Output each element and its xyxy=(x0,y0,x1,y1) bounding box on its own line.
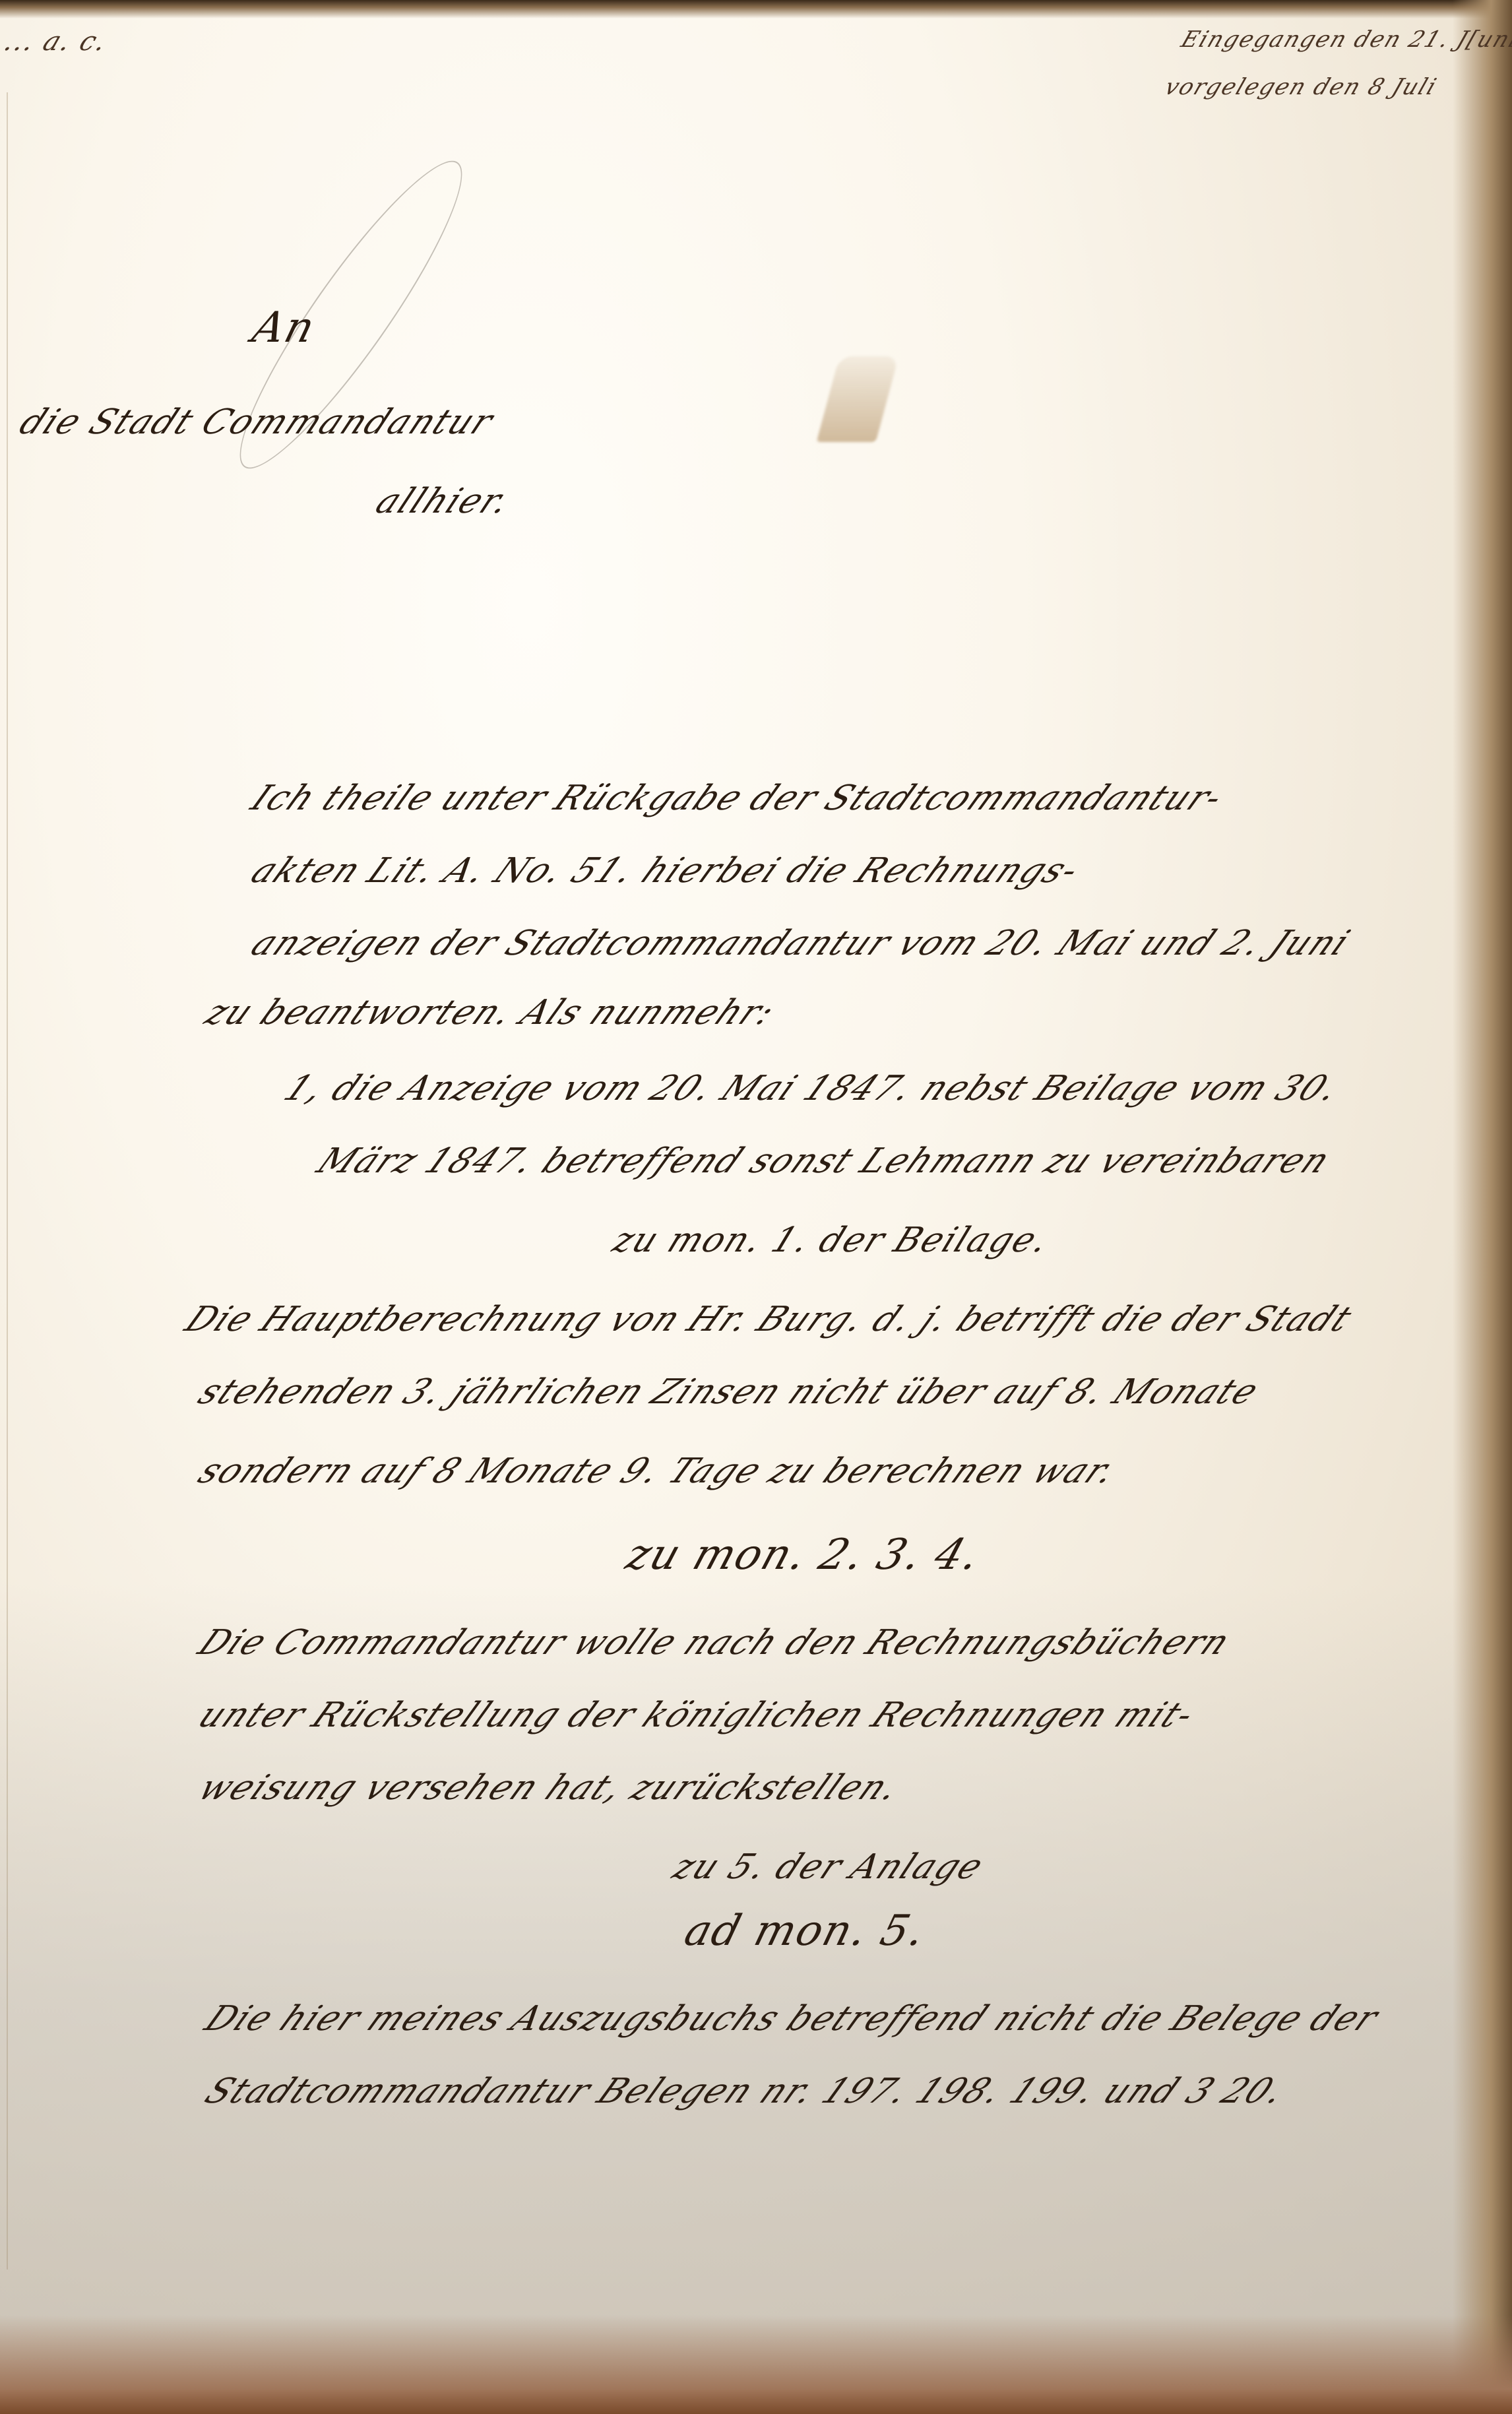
bottom-edge-stain xyxy=(0,2315,1512,2414)
section-3-line-1: Die hier meines Auszugsbuchs betreffend … xyxy=(198,1999,1387,2039)
top-edge-shadow xyxy=(0,0,1512,18)
item-1-line-2: März 1847. betreffend sonst Lehmann zu v… xyxy=(310,1141,1338,1181)
section-3-line-2: Stadtcommandantur Belegen nr. 197. 198. … xyxy=(198,2072,1294,2111)
corner-mark: ... a. c. xyxy=(0,26,112,57)
item-1-line-1: 1, die Anzeige vom 20. Mai 1847. nebst B… xyxy=(277,1069,1348,1108)
left-margin-fold xyxy=(7,92,8,2270)
intro-line-3: anzeigen der Stadtcommandantur vom 20. M… xyxy=(244,924,1358,963)
section-1-line-3: sondern auf 8 Monate 9. Tage zu berechne… xyxy=(191,1451,1125,1491)
section-heading-mon-2-3-4: zu mon. 2. 3. 4. xyxy=(620,1531,987,1579)
section-subheading-5: zu 5. der Anlage xyxy=(666,1847,991,1887)
section-2-line-3: weisung versehen hat, zurückstellen. xyxy=(191,1768,908,1808)
section-2-line-2: unter Rückstellung der königlichen Rechn… xyxy=(191,1696,1203,1735)
margin-note-presented: vorgelegen den 8 Juli xyxy=(1161,74,1441,100)
addressee-line-2: allhier. xyxy=(369,482,518,521)
intro-line-2: akten Lit. A. No. 51. hierbei die Rechnu… xyxy=(244,851,1088,891)
section-heading-mon-5: ad mon. 5. xyxy=(679,1907,931,1955)
right-edge-shadow xyxy=(1453,0,1512,2414)
section-1-line-1: Die Hauptberechnung von Hr. Burg. d. j. … xyxy=(178,1300,1360,1339)
margin-note-received: Eingegangen den 21. J[uni] xyxy=(1178,26,1512,53)
section-heading-mon-1: zu mon. 1. der Beilage. xyxy=(607,1221,1055,1260)
intro-line-1: Ich theile unter Rückgabe der Stadtcomma… xyxy=(244,778,1232,818)
intro-line-4: zu beantworten. Als nunmehr: xyxy=(198,993,783,1032)
addressee-line-1: die Stadt Commandantur xyxy=(13,402,501,442)
section-2-line-1: Die Commandantur wolle nach den Rechnung… xyxy=(191,1623,1238,1663)
section-1-line-2: stehenden 3. jährlichen Zinsen nicht übe… xyxy=(191,1372,1267,1412)
